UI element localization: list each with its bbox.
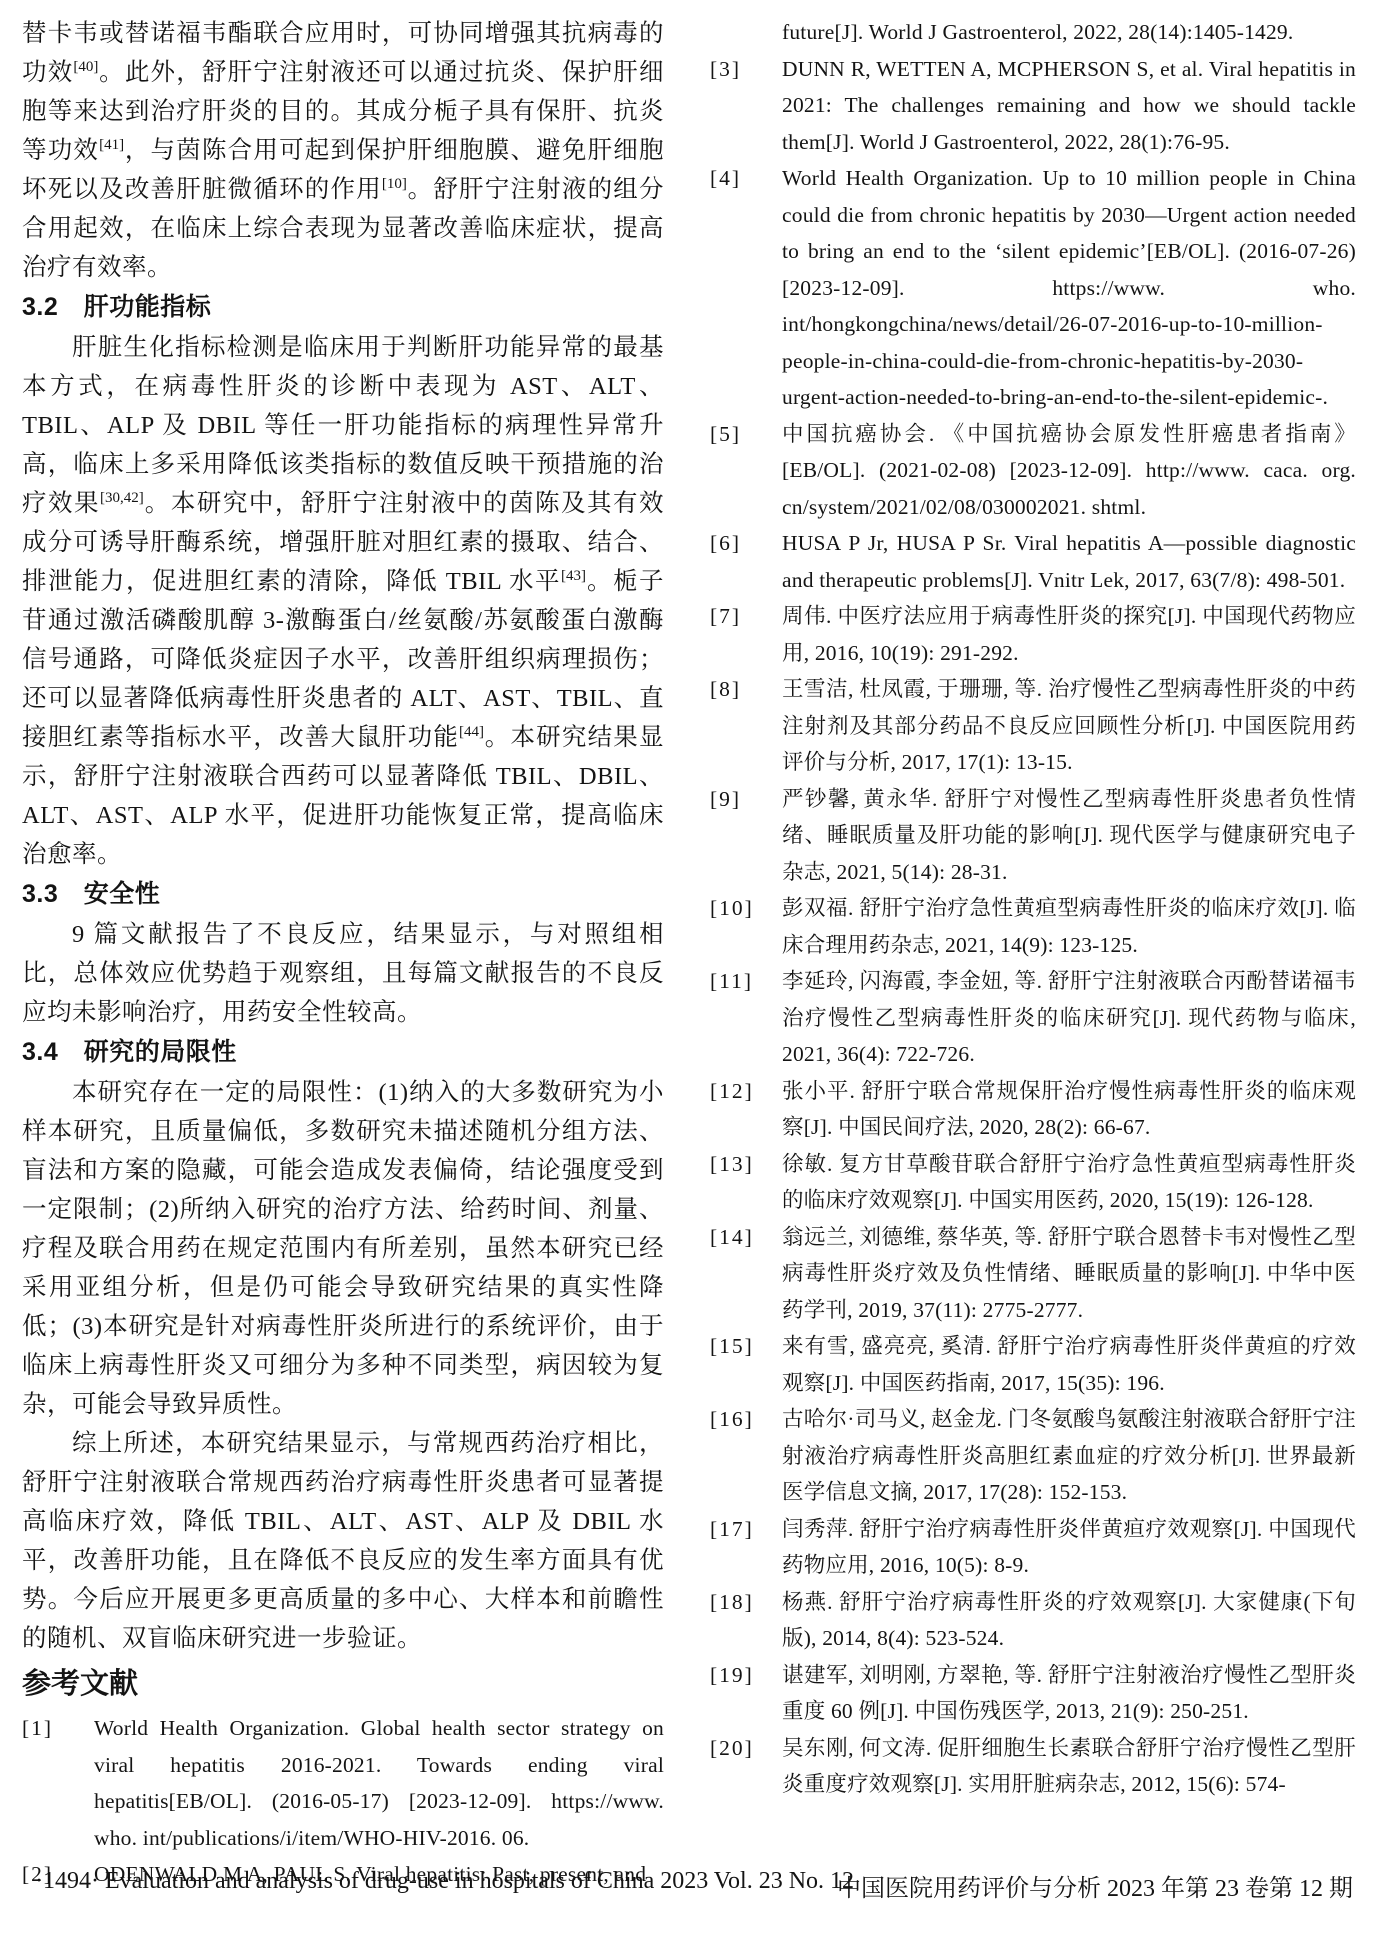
- reference-number: [17]: [710, 1511, 754, 1548]
- reference-item: future[J]. World J Gastroenterol, 2022, …: [710, 14, 1356, 51]
- reference-text: 彭双福. 舒肝宁治疗急性黄疸型病毒性肝炎的临床疗效[J]. 临床合理用药杂志, …: [782, 896, 1356, 957]
- reference-text: 来有雪, 盛亮亮, 奚清. 舒肝宁治疗病毒性肝炎伴黄疸的疗效观察[J]. 中国医…: [782, 1334, 1356, 1395]
- reference-number: [1]: [22, 1710, 53, 1747]
- journal-page: 替卡韦或替诺福韦酯联合应用时，可协同增强其抗病毒的功效[40]。此外，舒肝宁注射…: [0, 0, 1375, 1940]
- citation-superscript: [43]: [561, 568, 586, 584]
- reference-item: [7]周伟. 中医疗法应用于病毒性肝炎的探究[J]. 中国现代药物应用, 201…: [710, 598, 1356, 671]
- reference-number: [6]: [710, 525, 741, 562]
- citation-superscript: [41]: [99, 137, 124, 153]
- reference-text: 吴东刚, 何文涛. 促肝细胞生长素联合舒肝宁治疗慢性乙型肝炎重度疗效观察[J].…: [782, 1736, 1356, 1797]
- reference-item: [5]中国抗癌协会. 《中国抗癌协会原发性肝癌患者指南》[EB/OL]. (20…: [710, 416, 1356, 526]
- reference-text: 谌建军, 刘明刚, 方翠艳, 等. 舒肝宁注射液治疗慢性乙型肝炎重度 60 例[…: [782, 1663, 1356, 1724]
- reference-item: [16]古哈尔·司马义, 赵金龙. 门冬氨酸鸟氨酸注射液联合舒肝宁注射液治疗病毒…: [710, 1401, 1356, 1511]
- body-paragraph: 9 篇文献报告了不良反应，结果显示，与对照组相比，总体效应优势趋于观察组，且每篇…: [22, 915, 664, 1032]
- reference-text: 周伟. 中医疗法应用于病毒性肝炎的探究[J]. 中国现代药物应用, 2016, …: [782, 604, 1356, 665]
- reference-number: [20]: [710, 1730, 754, 1767]
- reference-text: 徐敏. 复方甘草酸苷联合舒肝宁治疗急性黄疸型病毒性肝炎的临床疗效观察[J]. 中…: [782, 1152, 1356, 1213]
- section-heading: 3.3 安全性: [22, 874, 664, 915]
- reference-text: 王雪洁, 杜凤霞, 于珊珊, 等. 治疗慢性乙型病毒性肝炎的中药注射剂及其部分药…: [782, 677, 1356, 774]
- body-paragraph: 替卡韦或替诺福韦酯联合应用时，可协同增强其抗病毒的功效[40]。此外，舒肝宁注射…: [22, 14, 664, 287]
- citation-superscript: [44]: [459, 724, 484, 740]
- reference-number: [11]: [710, 963, 753, 1000]
- reference-number: [10]: [710, 890, 754, 927]
- footer-right-journal-title: 中国医院用药评价与分析 2023 年第 23 卷第 12 期: [837, 1868, 1353, 1903]
- reference-item: [20]吴东刚, 何文涛. 促肝细胞生长素联合舒肝宁治疗慢性乙型肝炎重度疗效观察…: [710, 1730, 1356, 1803]
- reference-number: [15]: [710, 1328, 754, 1365]
- reference-number: [14]: [710, 1219, 754, 1256]
- reference-number: [3]: [710, 51, 741, 88]
- citation-superscript: [40]: [73, 59, 98, 75]
- reference-text: World Health Organization. Up to 10 mill…: [782, 166, 1356, 409]
- reference-text: 翁远兰, 刘德维, 蔡华英, 等. 舒肝宁联合恩替卡韦对慢性乙型病毒性肝炎疗效及…: [782, 1225, 1356, 1322]
- reference-number: [19]: [710, 1657, 754, 1694]
- reference-item: [6]HUSA P Jr, HUSA P Sr. Viral hepatitis…: [710, 525, 1356, 598]
- reference-text: World Health Organization. Global health…: [94, 1716, 664, 1850]
- reference-number: [5]: [710, 416, 741, 453]
- body-paragraph: 本研究存在一定的局限性：(1)纳入的大多数研究为小样本研究，且质量偏低，多数研究…: [22, 1073, 664, 1424]
- section-heading: 3.4 研究的局限性: [22, 1032, 664, 1073]
- reference-item: [10]彭双福. 舒肝宁治疗急性黄疸型病毒性肝炎的临床疗效[J]. 临床合理用药…: [710, 890, 1356, 963]
- reference-item: [4]World Health Organization. Up to 10 m…: [710, 160, 1356, 416]
- reference-item: [8]王雪洁, 杜凤霞, 于珊珊, 等. 治疗慢性乙型病毒性肝炎的中药注射剂及其…: [710, 671, 1356, 781]
- reference-number: [8]: [710, 671, 741, 708]
- text-segment: 综上所述，本研究结果显示，与常规西药治疗相比，舒肝宁注射液联合常规西药治疗病毒性…: [22, 1430, 664, 1652]
- right-column: future[J]. World J Gastroenterol, 2022, …: [710, 14, 1356, 1803]
- reference-item: [1]World Health Organization. Global hea…: [22, 1710, 664, 1856]
- footer-left-running-title: ·1494· Evaluation and analysis of drug-u…: [35, 1868, 854, 1895]
- reference-text: 李延玲, 闪海霞, 李金妞, 等. 舒肝宁注射液联合丙酚替诺福韦治疗慢性乙型病毒…: [782, 969, 1356, 1066]
- reference-number: [16]: [710, 1401, 754, 1438]
- reference-text: 闫秀萍. 舒肝宁治疗病毒性肝炎伴黄疸疗效观察[J]. 中国现代药物应用, 201…: [782, 1517, 1356, 1578]
- reference-item: [17]闫秀萍. 舒肝宁治疗病毒性肝炎伴黄疸疗效观察[J]. 中国现代药物应用,…: [710, 1511, 1356, 1584]
- reference-number: [9]: [710, 781, 741, 818]
- reference-text: 中国抗癌协会. 《中国抗癌协会原发性肝癌患者指南》[EB/OL]. (2021-…: [782, 422, 1356, 519]
- body-paragraph: 综上所述，本研究结果显示，与常规西药治疗相比，舒肝宁注射液联合常规西药治疗病毒性…: [22, 1424, 664, 1658]
- citation-superscript: [30,42]: [100, 490, 144, 506]
- reference-number: [12]: [710, 1073, 754, 1110]
- text-segment: 本研究存在一定的局限性：(1)纳入的大多数研究为小样本研究，且质量偏低，多数研究…: [22, 1079, 664, 1418]
- reference-item: [13]徐敏. 复方甘草酸苷联合舒肝宁治疗急性黄疸型病毒性肝炎的临床疗效观察[J…: [710, 1146, 1356, 1219]
- reference-text: 古哈尔·司马义, 赵金龙. 门冬氨酸鸟氨酸注射液联合舒肝宁注射液治疗病毒性肝炎高…: [782, 1407, 1356, 1504]
- reference-item: [18]杨燕. 舒肝宁治疗病毒性肝炎的疗效观察[J]. 大家健康(下旬版), 2…: [710, 1584, 1356, 1657]
- reference-item: [11]李延玲, 闪海霞, 李金妞, 等. 舒肝宁注射液联合丙酚替诺福韦治疗慢性…: [710, 963, 1356, 1073]
- text-segment: 9 篇文献报告了不良反应，结果显示，与对照组相比，总体效应优势趋于观察组，且每篇…: [22, 921, 664, 1026]
- reference-number: [7]: [710, 598, 741, 635]
- reference-item: [3]DUNN R, WETTEN A, MCPHERSON S, et al.…: [710, 51, 1356, 161]
- reference-item: [15]来有雪, 盛亮亮, 奚清. 舒肝宁治疗病毒性肝炎伴黄疸的疗效观察[J].…: [710, 1328, 1356, 1401]
- reference-item: [19]谌建军, 刘明刚, 方翠艳, 等. 舒肝宁注射液治疗慢性乙型肝炎重度 6…: [710, 1657, 1356, 1730]
- reference-number: [13]: [710, 1146, 754, 1183]
- body-paragraph: 肝脏生化指标检测是临床用于判断肝功能异常的最基本方式，在病毒性肝炎的诊断中表现为…: [22, 328, 664, 874]
- reference-item: [12]张小平. 舒肝宁联合常规保肝治疗慢性病毒性肝炎的临床观察[J]. 中国民…: [710, 1073, 1356, 1146]
- citation-superscript: [10]: [382, 176, 407, 192]
- reference-item: [9]严钞馨, 黄永华. 舒肝宁对慢性乙型病毒性肝炎患者负性情绪、睡眠质量及肝功…: [710, 781, 1356, 891]
- references-heading: 参考文献: [22, 1658, 664, 1710]
- reference-text: 杨燕. 舒肝宁治疗病毒性肝炎的疗效观察[J]. 大家健康(下旬版), 2014,…: [782, 1590, 1356, 1651]
- reference-text: DUNN R, WETTEN A, MCPHERSON S, et al. Vi…: [782, 57, 1356, 154]
- reference-text: HUSA P Jr, HUSA P Sr. Viral hepatitis A—…: [782, 531, 1356, 592]
- reference-item: [14]翁远兰, 刘德维, 蔡华英, 等. 舒肝宁联合恩替卡韦对慢性乙型病毒性肝…: [710, 1219, 1356, 1329]
- left-column: 替卡韦或替诺福韦酯联合应用时，可协同增强其抗病毒的功效[40]。此外，舒肝宁注射…: [22, 14, 664, 1893]
- section-heading: 3.2 肝功能指标: [22, 287, 664, 328]
- reference-number: [18]: [710, 1584, 754, 1621]
- reference-number: [4]: [710, 160, 741, 197]
- reference-text: 严钞馨, 黄永华. 舒肝宁对慢性乙型病毒性肝炎患者负性情绪、睡眠质量及肝功能的影…: [782, 787, 1356, 884]
- reference-text: future[J]. World J Gastroenterol, 2022, …: [782, 20, 1293, 44]
- reference-text: 张小平. 舒肝宁联合常规保肝治疗慢性病毒性肝炎的临床观察[J]. 中国民间疗法,…: [782, 1079, 1356, 1140]
